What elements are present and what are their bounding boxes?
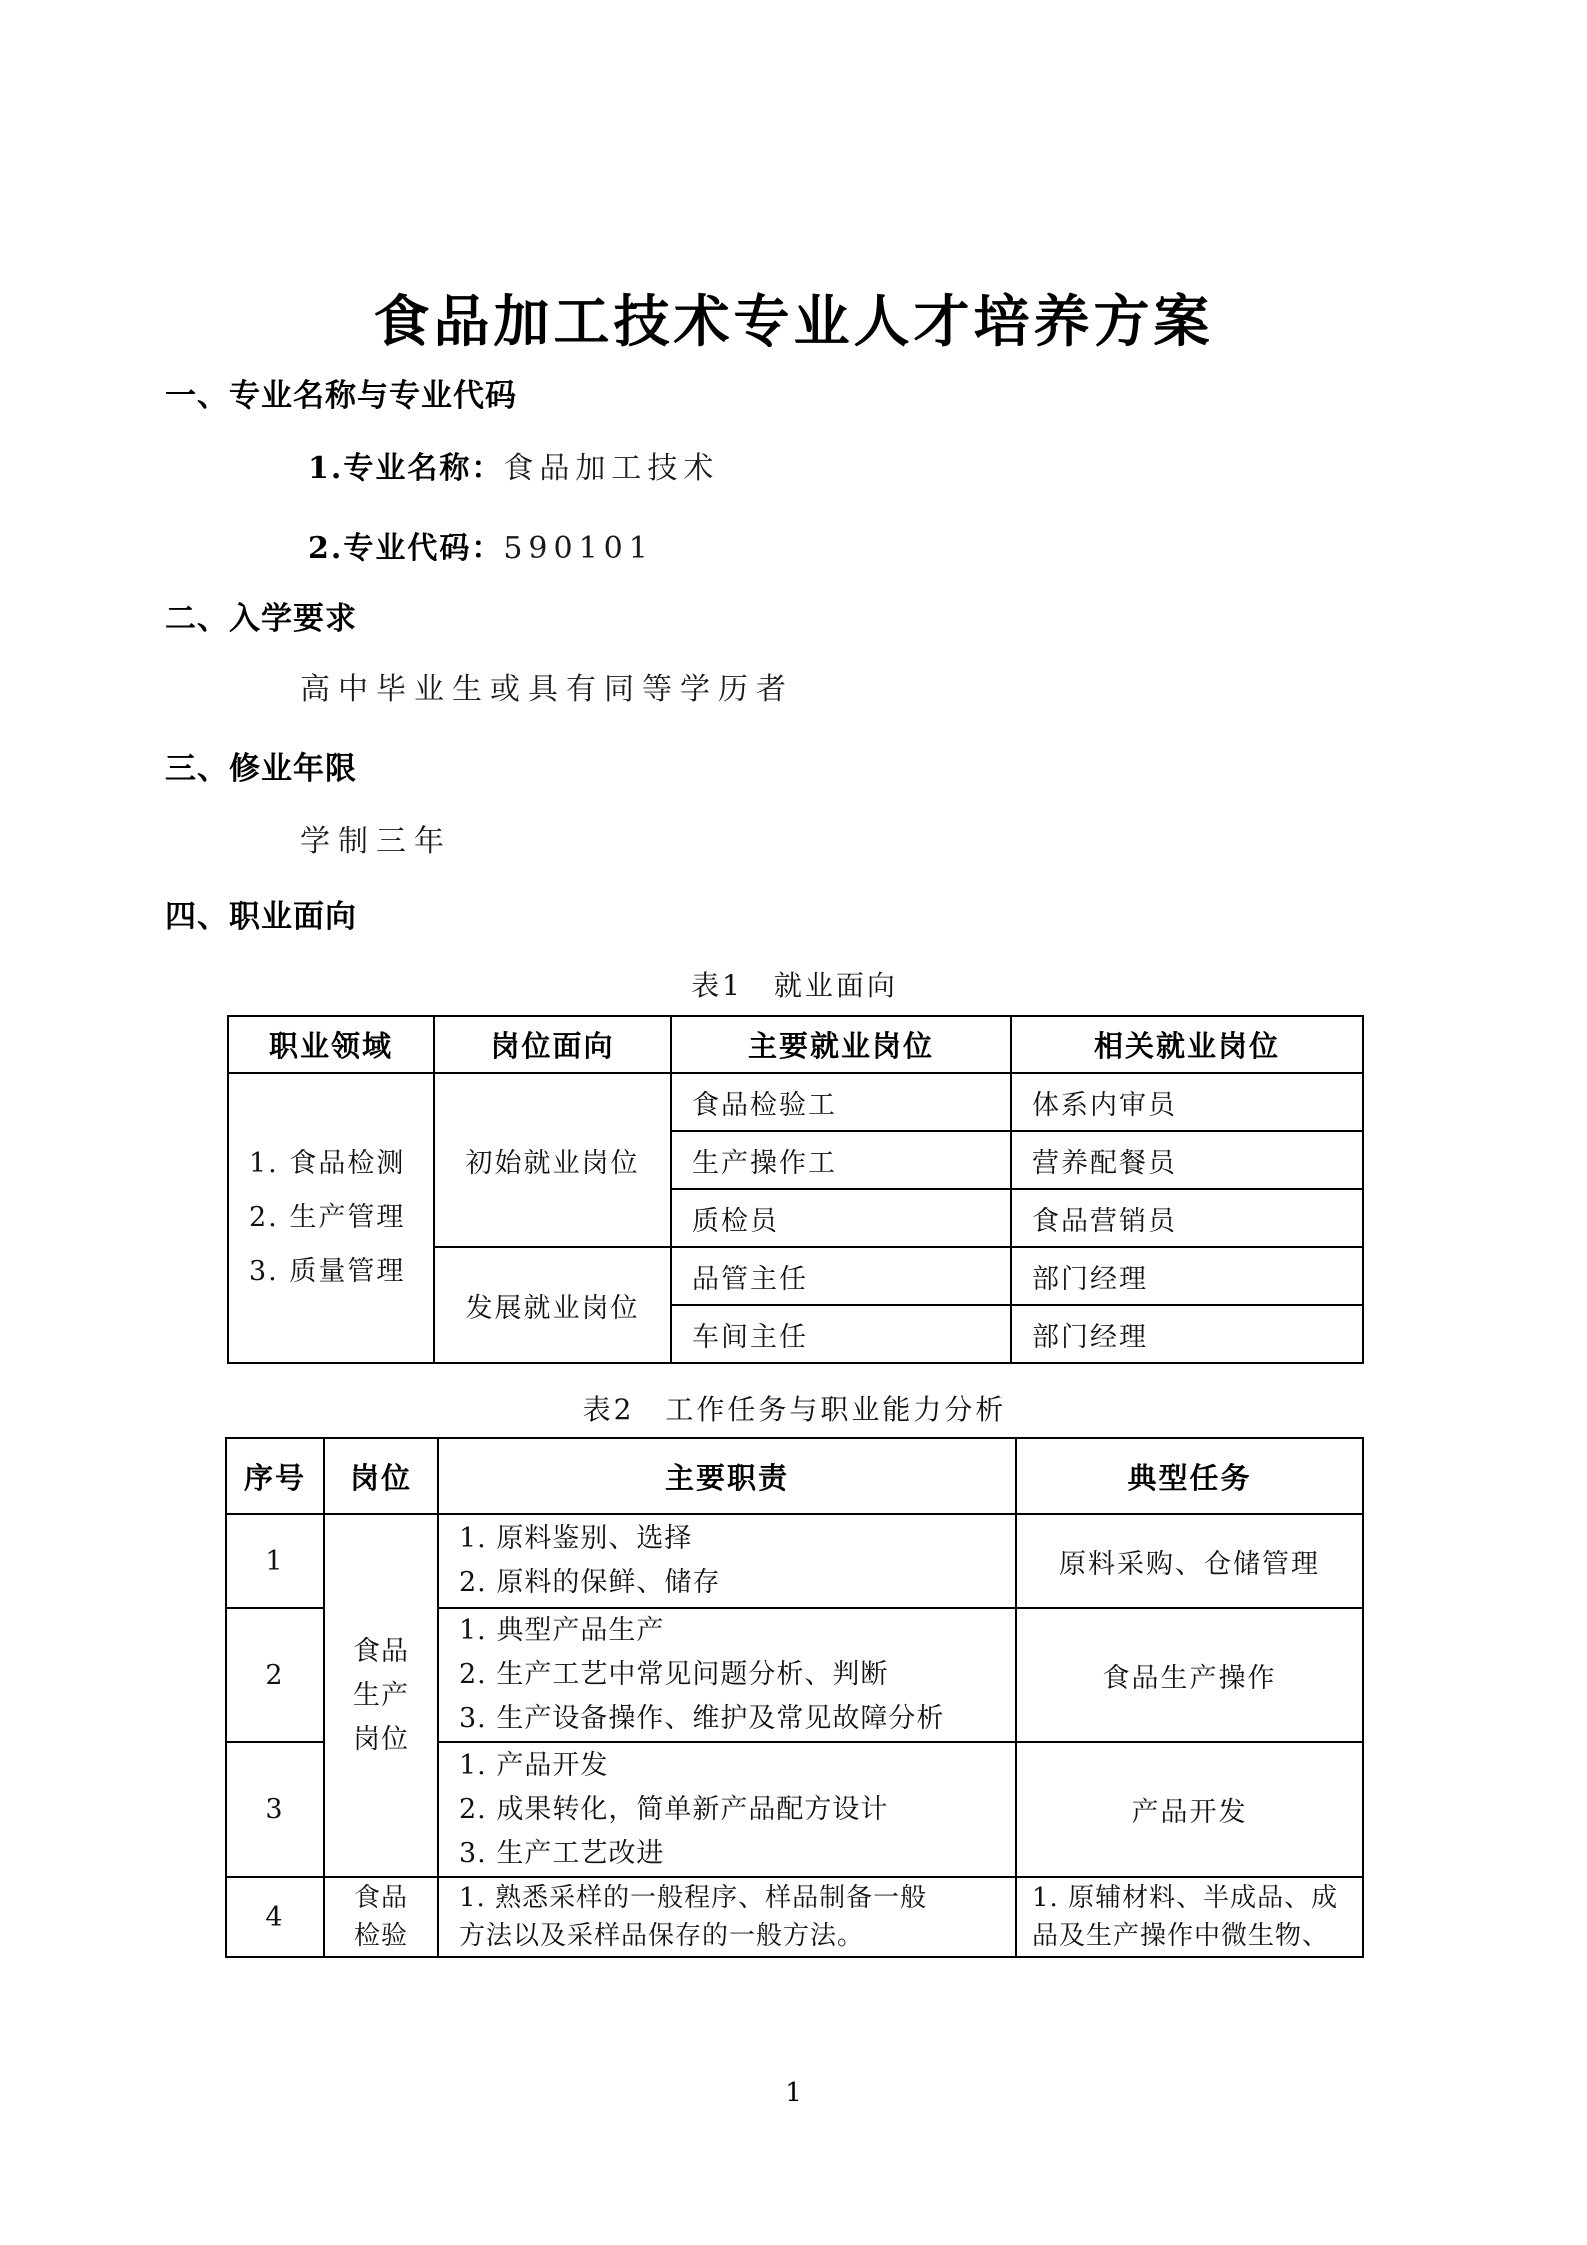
study-duration-text: 学制三年 (300, 816, 452, 860)
main-post-cell: 质检员 (671, 1189, 1011, 1247)
section-heading-2: 二、入学要求 (165, 593, 357, 638)
col-header-duties: 主要职责 (438, 1438, 1016, 1514)
task-analysis-table: 序号 岗位 主要职责 典型任务 1 食品 生产 岗位 1. 原料鉴别、选择 2.… (225, 1437, 1364, 1958)
col-header-tasks: 典型任务 (1016, 1438, 1363, 1514)
related-post-cell: 营养配餐员 (1011, 1131, 1363, 1189)
table-row: 4 食品 检验 1. 熟悉采样的一般程序、样品制备一般 方法以及采样品保存的一般… (226, 1877, 1363, 1957)
task-cell: 1. 原辅材料、半成品、成 品及生产操作中微生物、 (1016, 1877, 1363, 1957)
development-posts-cell: 发展就业岗位 (434, 1247, 671, 1363)
table-row: 1 食品 生产 岗位 1. 原料鉴别、选择 2. 原料的保鲜、储存 原料采购、仓… (226, 1514, 1363, 1608)
major-name-line: 1.专业名称：食品加工技术 (308, 443, 719, 487)
page-number: 1 (0, 2078, 1587, 2108)
table1-caption: 表1 就业面向 (227, 964, 1362, 1004)
section-heading-4: 四、职业面向 (165, 891, 357, 936)
main-post-cell: 品管主任 (671, 1247, 1011, 1305)
col-header-post-orientation: 岗位面向 (434, 1016, 671, 1073)
section-heading-3: 三、修业年限 (165, 743, 357, 788)
section-heading-1: 一、专业名称与专业代码 (165, 370, 517, 415)
duties-cell: 1. 熟悉采样的一般程序、样品制备一般 方法以及采样品保存的一般方法。 (438, 1877, 1016, 1957)
seq-cell: 3 (226, 1742, 324, 1877)
related-post-cell: 食品营销员 (1011, 1189, 1363, 1247)
seq-cell: 1 (226, 1514, 324, 1608)
document-page: 食品加工技术专业人才培养方案 一、专业名称与专业代码 1.专业名称：食品加工技术… (0, 0, 1587, 2245)
career-domains-cell: 1. 食品检测 2. 生产管理 3. 质量管理 (228, 1073, 434, 1363)
initial-posts-cell: 初始就业岗位 (434, 1073, 671, 1247)
col-header-post: 岗位 (324, 1438, 438, 1514)
main-post-cell: 车间主任 (671, 1305, 1011, 1363)
duties-cell: 1. 原料鉴别、选择 2. 原料的保鲜、储存 (438, 1514, 1016, 1608)
table-header-row: 序号 岗位 主要职责 典型任务 (226, 1438, 1363, 1514)
col-header-main-posts: 主要就业岗位 (671, 1016, 1011, 1073)
page-title: 食品加工技术专业人才培养方案 (0, 278, 1587, 358)
main-post-cell: 食品检验工 (671, 1073, 1011, 1131)
major-code-value: 590101 (503, 531, 654, 566)
major-name-label: 1.专业名称： (308, 451, 503, 486)
task-cell: 产品开发 (1016, 1742, 1363, 1877)
major-code-label: 2.专业代码： (308, 531, 503, 566)
main-post-cell: 生产操作工 (671, 1131, 1011, 1189)
seq-cell: 2 (226, 1608, 324, 1742)
employment-table: 职业领域 岗位面向 主要就业岗位 相关就业岗位 1. 食品检测 2. 生产管理 … (227, 1015, 1364, 1364)
related-post-cell: 部门经理 (1011, 1247, 1363, 1305)
post-production-cell: 食品 生产 岗位 (324, 1514, 438, 1877)
col-header-related-posts: 相关就业岗位 (1011, 1016, 1363, 1073)
major-code-line: 2.专业代码：590101 (308, 523, 654, 567)
related-post-cell: 部门经理 (1011, 1305, 1363, 1363)
related-post-cell: 体系内审员 (1011, 1073, 1363, 1131)
seq-cell: 4 (226, 1877, 324, 1957)
major-name-value: 食品加工技术 (503, 451, 719, 486)
task-cell: 原料采购、仓储管理 (1016, 1514, 1363, 1608)
col-header-career-domain: 职业领域 (228, 1016, 434, 1073)
table-header-row: 职业领域 岗位面向 主要就业岗位 相关就业岗位 (228, 1016, 1363, 1073)
task-cell: 食品生产操作 (1016, 1608, 1363, 1742)
col-header-seq: 序号 (226, 1438, 324, 1514)
duties-cell: 1. 典型产品生产 2. 生产工艺中常见问题分析、判断 3. 生产设备操作、维护… (438, 1608, 1016, 1742)
admission-requirement-text: 高中毕业生或具有同等学历者 (300, 664, 794, 708)
table2-caption: 表2 工作任务与职业能力分析 (227, 1388, 1362, 1428)
post-inspection-cell: 食品 检验 (324, 1877, 438, 1957)
table-row: 1. 食品检测 2. 生产管理 3. 质量管理 初始就业岗位 食品检验工 体系内… (228, 1073, 1363, 1131)
duties-cell: 1. 产品开发 2. 成果转化，简单新产品配方设计 3. 生产工艺改进 (438, 1742, 1016, 1877)
